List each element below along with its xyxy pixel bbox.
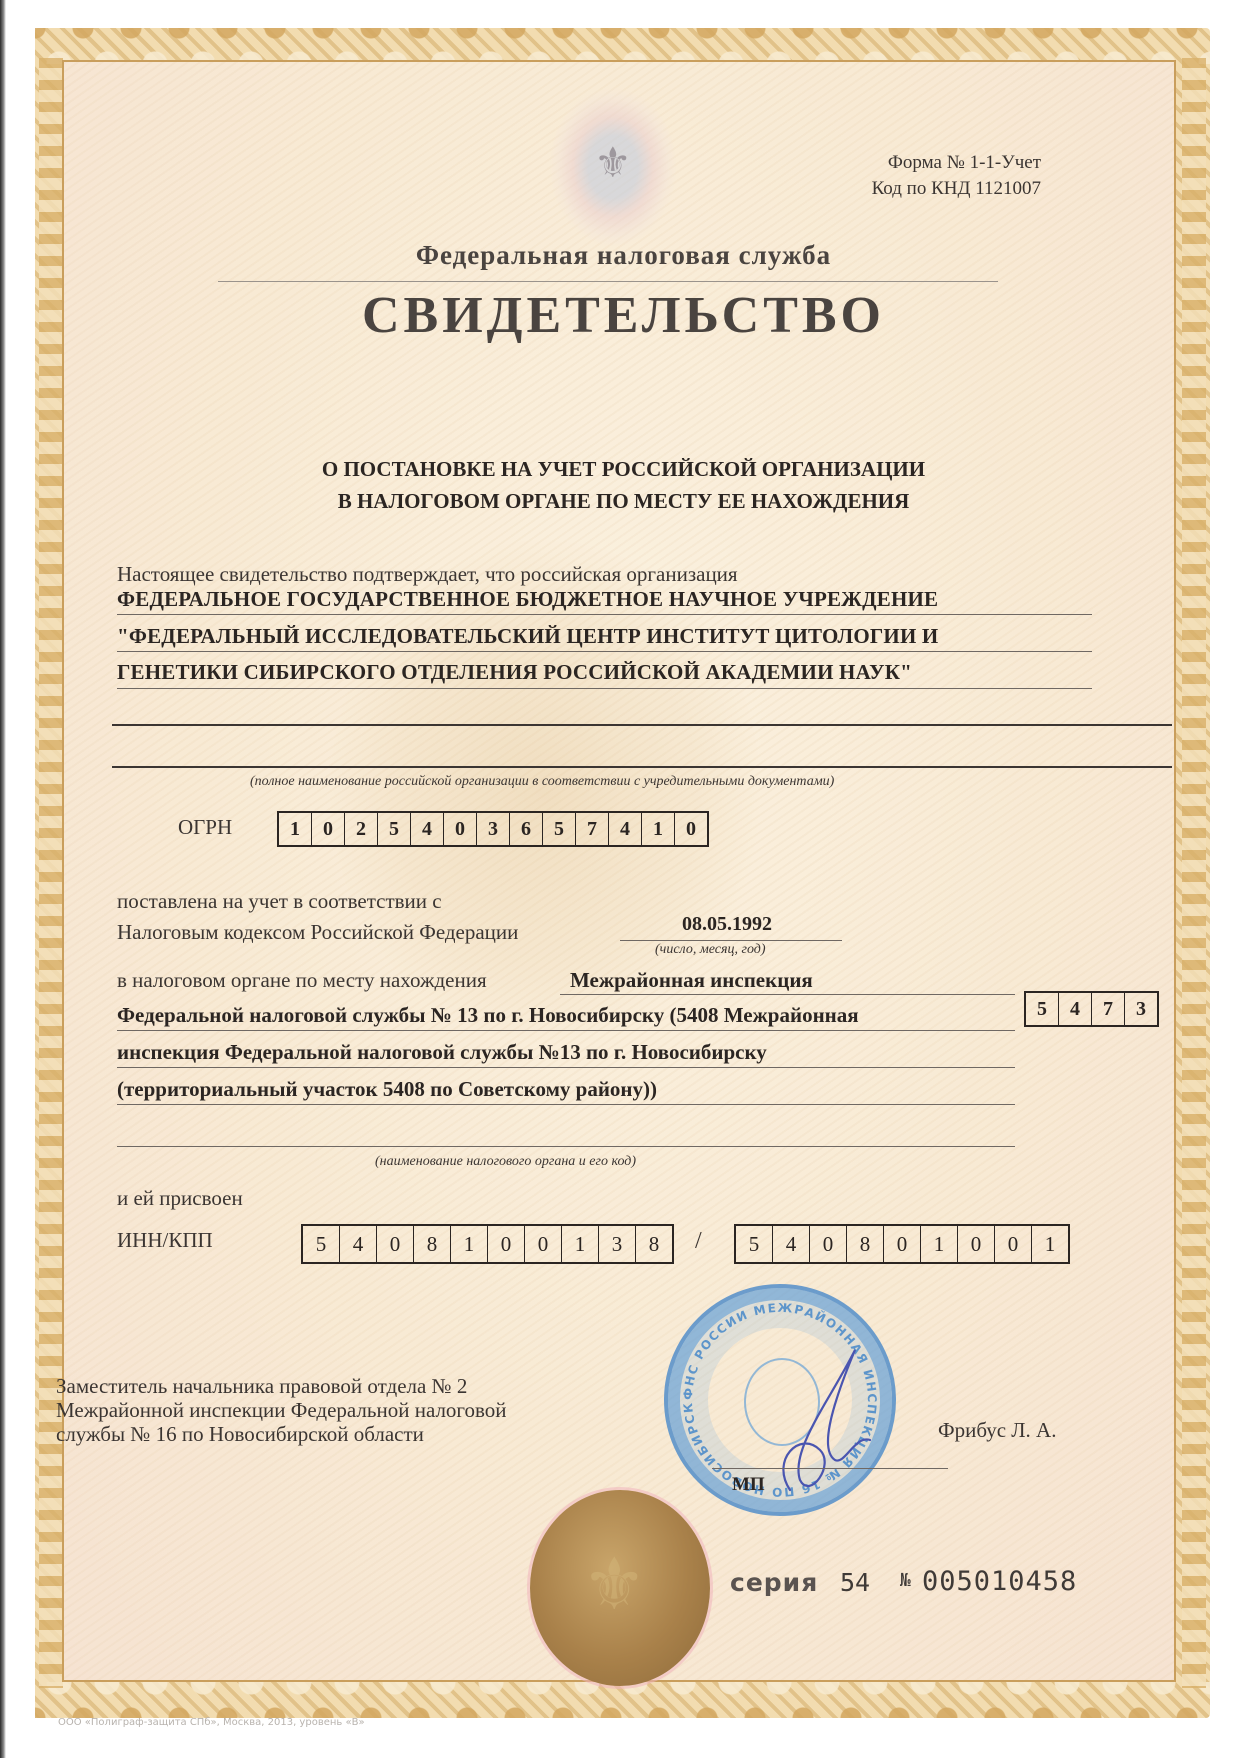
ornament-bottom xyxy=(35,1682,1210,1718)
ogrn-digit: 6 xyxy=(510,813,543,845)
handwritten-signature xyxy=(760,1340,880,1510)
registration-line: Налоговым кодексом Российской Федерации xyxy=(117,920,518,945)
kpp-digit: 5 xyxy=(736,1226,773,1262)
underline xyxy=(112,724,1172,726)
gold-seal: ⚜ xyxy=(530,1490,710,1686)
ogrn-digit: 3 xyxy=(477,813,510,845)
kpp-digit: 0 xyxy=(810,1226,847,1262)
double-headed-eagle-icon: ⚜ xyxy=(594,138,632,188)
signer-position: Заместитель начальника правовой отдела №… xyxy=(56,1374,507,1446)
document-subtitle: О ПОСТАНОВКЕ НА УЧЕТ РОССИЙСКОЙ ОРГАНИЗА… xyxy=(0,453,1247,517)
assignment-lead: и ей присвоен xyxy=(117,1186,243,1211)
eagle-watermark-icon xyxy=(330,540,760,1040)
kpp-digit: 0 xyxy=(884,1226,921,1262)
ornament-top xyxy=(35,28,1210,64)
signer-name: Фрибус Л. А. xyxy=(938,1418,1056,1443)
inn-digit: 8 xyxy=(636,1226,672,1262)
ogrn-digit: 4 xyxy=(609,813,642,845)
authority-code-digit: 4 xyxy=(1059,993,1092,1025)
ogrn-digit: 0 xyxy=(312,813,345,845)
underline xyxy=(560,994,1015,995)
organization-name-hint: (полное наименование российской организа… xyxy=(250,774,834,790)
authority-lead: в налоговом органе по месту нахождения xyxy=(117,968,487,993)
authority-line: (территориальный участок 5408 по Советск… xyxy=(117,1077,657,1102)
inn-digit: 0 xyxy=(488,1226,525,1262)
kpp-digit: 0 xyxy=(958,1226,995,1262)
organization-name-line: "ФЕДЕРАЛЬНЫЙ ИССЛЕДОВАТЕЛЬСКИЙ ЦЕНТР ИНС… xyxy=(117,624,938,649)
registration-date: 08.05.1992 xyxy=(682,913,772,936)
ogrn-digit: 7 xyxy=(576,813,609,845)
underline xyxy=(117,1030,1015,1031)
blank-number: 005010458 xyxy=(922,1566,1077,1597)
inn-digit: 5 xyxy=(303,1226,340,1262)
series-label: серия xyxy=(730,1568,818,1597)
kpp-digit-boxes: 540801001 xyxy=(734,1224,1070,1264)
inn-digit: 3 xyxy=(599,1226,636,1262)
authority-hint: (наименование налогового органа и его ко… xyxy=(375,1154,636,1170)
knd-code: Код по КНД 1121007 xyxy=(872,176,1041,202)
inn-kpp-label: ИНН/КПП xyxy=(117,1228,213,1253)
form-code-block: Форма № 1-1-Учет Код по КНД 1121007 xyxy=(872,150,1041,202)
printer-imprint: ООО «Полиграф-защита СПб», Москва, 2013,… xyxy=(58,1717,365,1728)
ogrn-digit: 1 xyxy=(279,813,312,845)
hologram-emblem: ⚜ xyxy=(550,88,676,246)
ogrn-digit: 4 xyxy=(411,813,444,845)
kpp-digit: 1 xyxy=(921,1226,958,1262)
date-hint: (число, месяц, год) xyxy=(655,942,766,958)
ogrn-label: ОГРН xyxy=(178,815,232,840)
ogrn-digit: 5 xyxy=(378,813,411,845)
inn-digit: 1 xyxy=(451,1226,488,1262)
seal-place-mark: МП xyxy=(732,1474,765,1496)
authority-code-digit: 7 xyxy=(1092,993,1125,1025)
authority-code-boxes: 5473 xyxy=(1024,991,1159,1027)
inn-digit: 0 xyxy=(525,1226,562,1262)
inn-digit: 0 xyxy=(377,1226,414,1262)
inn-digit: 1 xyxy=(562,1226,599,1262)
signature-line xyxy=(712,1468,948,1469)
organization-name-line: ГЕНЕТИКИ СИБИРСКОГО ОТДЕЛЕНИЯ РОССИЙСКОЙ… xyxy=(117,660,912,685)
kpp-digit: 1 xyxy=(1032,1226,1068,1262)
underline xyxy=(117,614,1092,615)
inn-kpp-separator: / xyxy=(695,1228,702,1255)
authority-code-digit: 3 xyxy=(1125,993,1157,1025)
underline xyxy=(117,651,1092,652)
divider xyxy=(218,281,998,282)
agency-name: Федеральная налоговая служба xyxy=(0,240,1247,271)
underline xyxy=(620,940,842,941)
inn-digit-boxes: 5408100138 xyxy=(301,1224,674,1264)
underline xyxy=(117,1146,1015,1147)
form-number: Форма № 1-1-Учет xyxy=(872,150,1041,176)
organization-name-line: ФЕДЕРАЛЬНОЕ ГОСУДАРСТВЕННОЕ БЮДЖЕТНОЕ НА… xyxy=(117,587,938,612)
double-headed-eagle-icon: ⚜ xyxy=(582,1542,647,1627)
ogrn-digit-boxes: 1025403657410 xyxy=(277,811,709,847)
underline xyxy=(117,688,1092,689)
ogrn-digit: 0 xyxy=(444,813,477,845)
series-value: 54 xyxy=(840,1568,870,1597)
organization-lead: Настоящее свидетельство подтверждает, чт… xyxy=(117,562,738,587)
authority-line: Межрайонная инспекция xyxy=(570,968,813,993)
ogrn-digit: 5 xyxy=(543,813,576,845)
authority-line: Федеральной налоговой службы № 13 по г. … xyxy=(117,1003,859,1028)
ogrn-digit: 1 xyxy=(642,813,675,845)
inn-digit: 4 xyxy=(340,1226,377,1262)
authority-code-digit: 5 xyxy=(1026,993,1059,1025)
underline xyxy=(117,1067,1015,1068)
underline xyxy=(112,766,1172,768)
document-title: СВИДЕТЕЛЬСТВО xyxy=(0,286,1247,345)
inn-digit: 8 xyxy=(414,1226,451,1262)
registration-line: поставлена на учет в соответствии с xyxy=(117,889,442,914)
kpp-digit: 0 xyxy=(995,1226,1032,1262)
number-sign: № xyxy=(900,1570,911,1591)
kpp-digit: 4 xyxy=(773,1226,810,1262)
ogrn-digit: 0 xyxy=(675,813,707,845)
kpp-digit: 8 xyxy=(847,1226,884,1262)
ogrn-digit: 2 xyxy=(345,813,378,845)
authority-line: инспекция Федеральной налоговой службы №… xyxy=(117,1040,767,1065)
underline xyxy=(117,1104,1015,1105)
